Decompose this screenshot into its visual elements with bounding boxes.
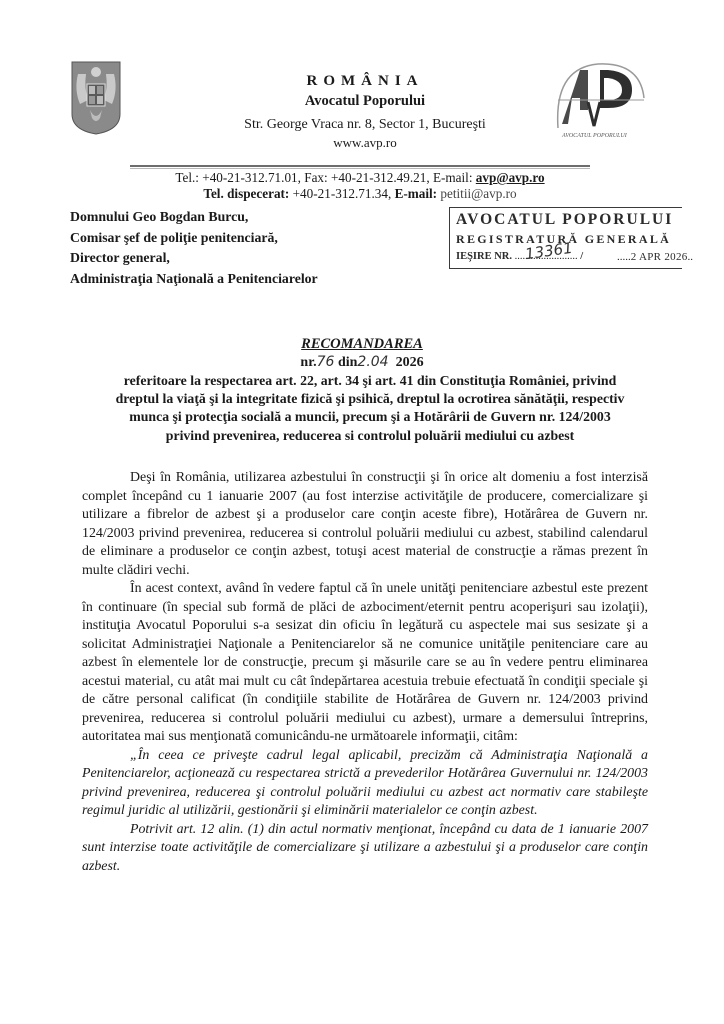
country-name: ROMÂNIA xyxy=(180,72,550,90)
contact-line-1: Tel.: +40-21-312.71.01, Fax: +40-21-312.… xyxy=(130,170,590,186)
fax-label: Fax: xyxy=(304,170,327,185)
subject-line: referitoare la respectarea art. 22, art.… xyxy=(70,372,670,390)
document-subject: referitoare la respectarea art. 22, art.… xyxy=(70,372,670,445)
institution-address: Str. George Vraca nr. 8, Sector 1, Bucur… xyxy=(180,116,550,134)
subject-line: dreptul la viaţă şi la integritate fizic… xyxy=(70,390,670,408)
paragraph: În acest context, având în vedere faptul… xyxy=(82,580,648,747)
institution-name: Avocatul Poporului xyxy=(180,92,550,110)
nr-label: nr. xyxy=(300,355,316,370)
stamp-institution: AVOCATUL POPORULUI xyxy=(456,211,673,229)
email-link[interactable]: avp@avp.ro xyxy=(476,170,545,185)
quoted-paragraph: Potrivit art. 12 alin. (1) din actul nor… xyxy=(82,821,648,877)
petitions-email-link[interactable]: petitii@avp.ro xyxy=(440,186,516,201)
recommendation-number: nr.76 din2.04 2026 xyxy=(0,354,724,371)
document-title: RECOMANDAREA xyxy=(0,336,724,353)
subject-line: privind prevenirea, reducerea si control… xyxy=(70,427,670,445)
registry-stamp: AVOCATUL POPORULUI REGISTRATURĂ GENERALĂ… xyxy=(449,207,682,269)
addressee-block: Domnului Geo Bogdan Burcu, Comisar şef d… xyxy=(70,207,318,289)
document-body: Deşi în România, utilizarea azbestului î… xyxy=(82,469,648,876)
website-link[interactable]: www.avp.ro xyxy=(180,135,550,151)
email2-label: E-mail: xyxy=(395,186,438,201)
svg-text:AVOCATUL POPORULUI: AVOCATUL POPORULUI xyxy=(561,133,628,139)
nr-value: 76 xyxy=(317,354,335,370)
contact-line-2: Tel. dispecerat: +40-21-312.71.34, E-mai… xyxy=(130,186,590,202)
din-label: din xyxy=(338,355,357,370)
tel-label: Tel.: xyxy=(175,170,199,185)
contact-info: Tel.: +40-21-312.71.01, Fax: +40-21-312.… xyxy=(130,170,590,202)
addressee-line: Comisar şef de poliţie penitenciară, xyxy=(70,228,318,249)
avocatul-poporului-logo: AVOCATUL POPORULUI xyxy=(548,58,658,142)
email-label: E-mail: xyxy=(433,170,473,185)
dispatch-label: Tel. dispecerat: xyxy=(203,186,289,201)
paragraph: Deşi în România, utilizarea azbestului î… xyxy=(82,469,648,580)
subject-line: munca şi protecţia socială a muncii, pre… xyxy=(70,408,670,426)
stamp-date: .....2 APR 2026.. xyxy=(617,251,693,263)
tel-number: +40-21-312.71.01 xyxy=(202,170,297,185)
fax-number: +40-21-312.49.21 xyxy=(331,170,426,185)
addressee-line: Domnului Geo Bogdan Burcu, xyxy=(70,207,318,228)
year: 2026 xyxy=(396,355,424,370)
stamp-separator: / xyxy=(580,251,583,262)
addressee-line: Administraţia Naţională a Penitenciarelo… xyxy=(70,269,318,290)
dispatch-number: +40-21-312.71.34 xyxy=(293,186,388,201)
quoted-paragraph: „În ceea ce priveşte cadrul legal aplica… xyxy=(82,747,648,821)
header-divider-thin xyxy=(130,168,590,169)
stamp-exit-label: IEŞIRE NR. xyxy=(456,251,512,262)
date-handwritten: 2.04 xyxy=(357,354,388,370)
addressee-line: Director general, xyxy=(70,248,318,269)
letterhead: ROMÂNIA Avocatul Poporului Str. George V… xyxy=(180,72,550,151)
coat-of-arms-icon xyxy=(70,60,122,136)
header-divider xyxy=(130,165,590,167)
